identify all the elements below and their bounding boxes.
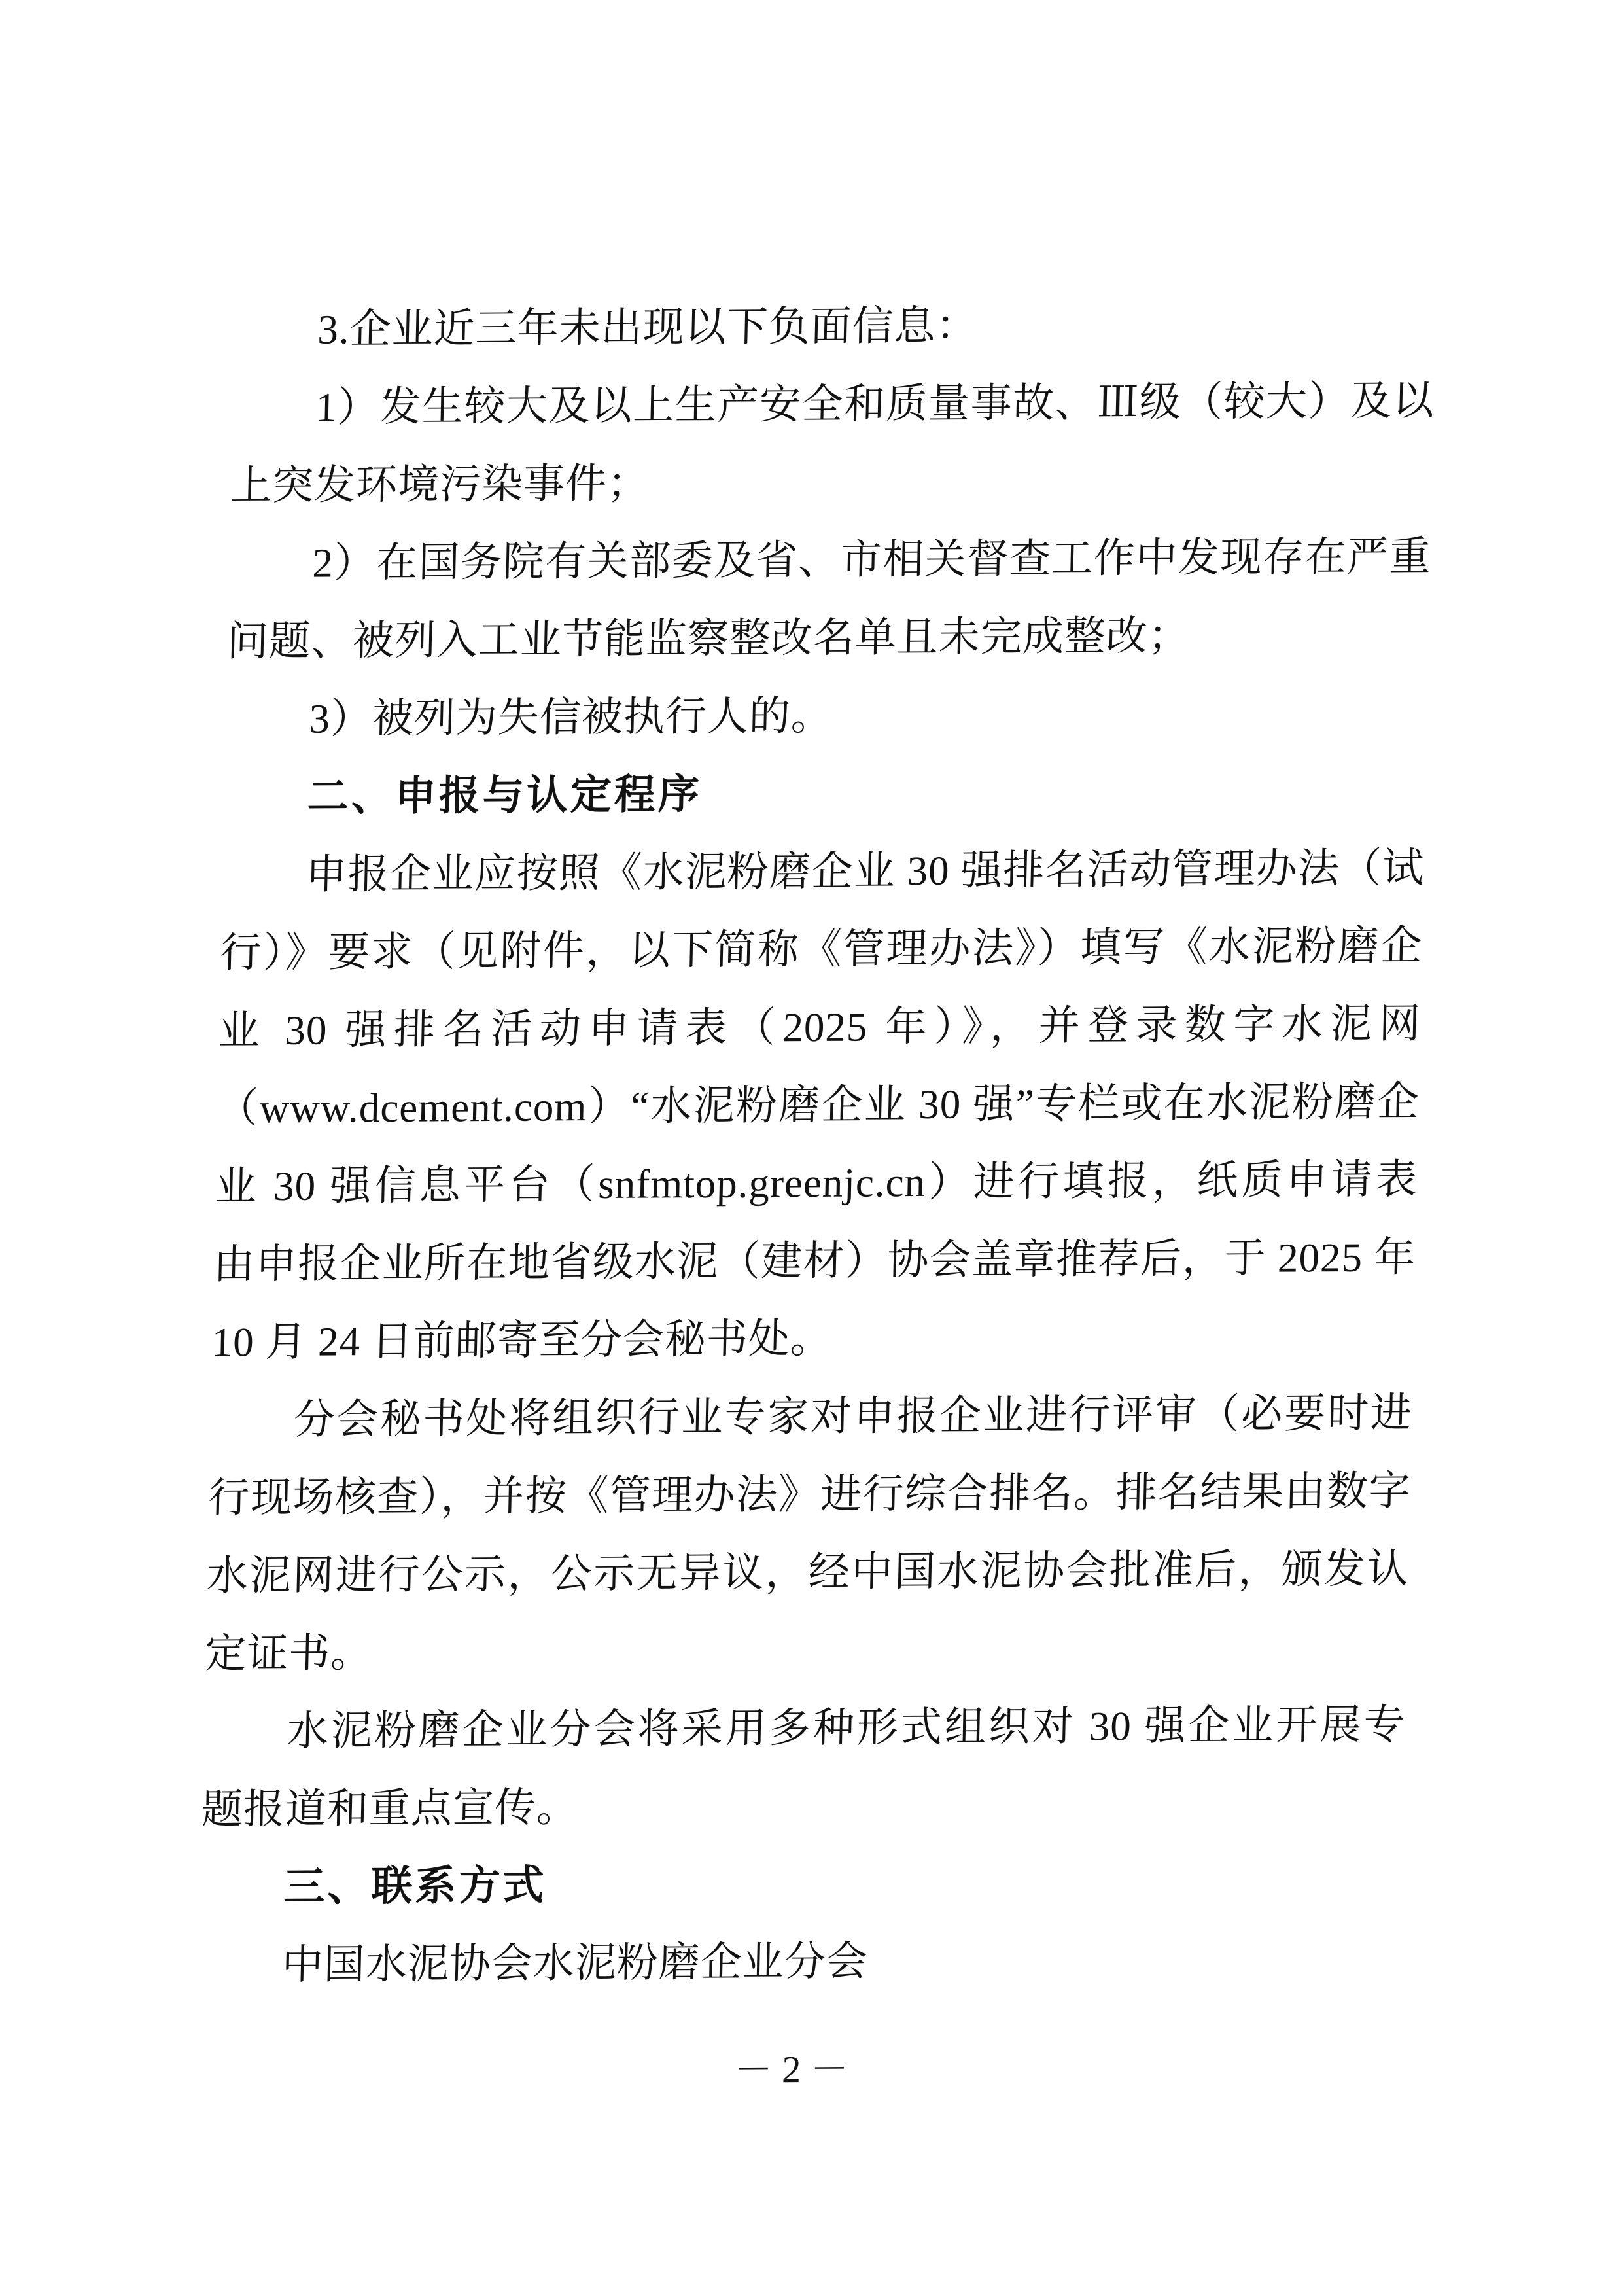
scanned-content: 3.企业近三年未出现以下负面信息：1）发生较大及以上生产安全和质量事故、Ⅲ级（较… (0, 0, 1623, 2296)
text-line: 分会秘书处将组织行业专家对申报企业进行评审（必要时进 (209, 1374, 1414, 1459)
text-line: 水泥网进行公示，公示无异议，经中国水泥协会批准后，颁发认 (206, 1530, 1410, 1615)
document-body: 3.企业近三年未出现以下负面信息：1）发生较大及以上生产安全和质量事故、Ⅲ级（较… (198, 284, 1437, 2005)
text-line: 问题、被列入工业节能监察整改名单且未完成整改； (226, 595, 1431, 680)
text-line: 水泥粉磨企业分会将采用多种形式组织对 30 强企业开展专 (202, 1686, 1406, 1771)
page-number: － 2 － (0, 2029, 1603, 2111)
section-heading: 二、申报与认定程序 (223, 751, 1427, 836)
text-line: 3）被列为失信被执行人的。 (224, 673, 1429, 758)
text-line: 业 30 强信息平台（snfmtop.greenjc.cn）进行填报，纸质申请表 (215, 1140, 1419, 1226)
text-line: 业 30 强排名活动申请表（2025 年）》，并登录数字水泥网 (218, 985, 1422, 1070)
text-line: 申报企业应按照《水泥粉磨企业 30 强排名活动管理办法（试 (221, 829, 1425, 914)
text-line: 上突发环境污染事件； (230, 440, 1434, 525)
section-heading: 三、联系方式 (199, 1841, 1403, 1926)
text-line: 定证书。 (204, 1608, 1408, 1693)
text-line: 1）发生较大及以上生产安全和质量事故、Ⅲ级（较大）及以 (232, 362, 1436, 447)
text-line: 3.企业近三年未出现以下负面信息： (233, 284, 1437, 369)
text-line: 2）在国务院有关部委及省、市相关督查工作中发现存在严重 (228, 518, 1432, 603)
text-line: 中国水泥协会水泥粉磨企业分会 (198, 1920, 1402, 2005)
text-line: 由申报企业所在地省级水泥（建材）协会盖章推荐后，于 2025 年 (213, 1218, 1417, 1303)
text-line: 题报道和重点宣传。 (201, 1763, 1405, 1848)
text-line: 10 月 24 日前邮寄至分会秘书处。 (211, 1296, 1415, 1381)
text-line: （www.dcement.com）“水泥粉磨企业 30 强”专栏或在水泥粉磨企 (216, 1063, 1420, 1148)
text-line: 行现场核查），并按《管理办法》进行综合排名。排名结果由数字 (207, 1452, 1412, 1537)
text-line: 行）》要求（见附件，以下简称《管理办法》）填写《水泥粉磨企 (219, 907, 1423, 992)
document-page: 3.企业近三年未出现以下负面信息：1）发生较大及以上生产安全和质量事故、Ⅲ级（较… (0, 0, 1623, 2296)
